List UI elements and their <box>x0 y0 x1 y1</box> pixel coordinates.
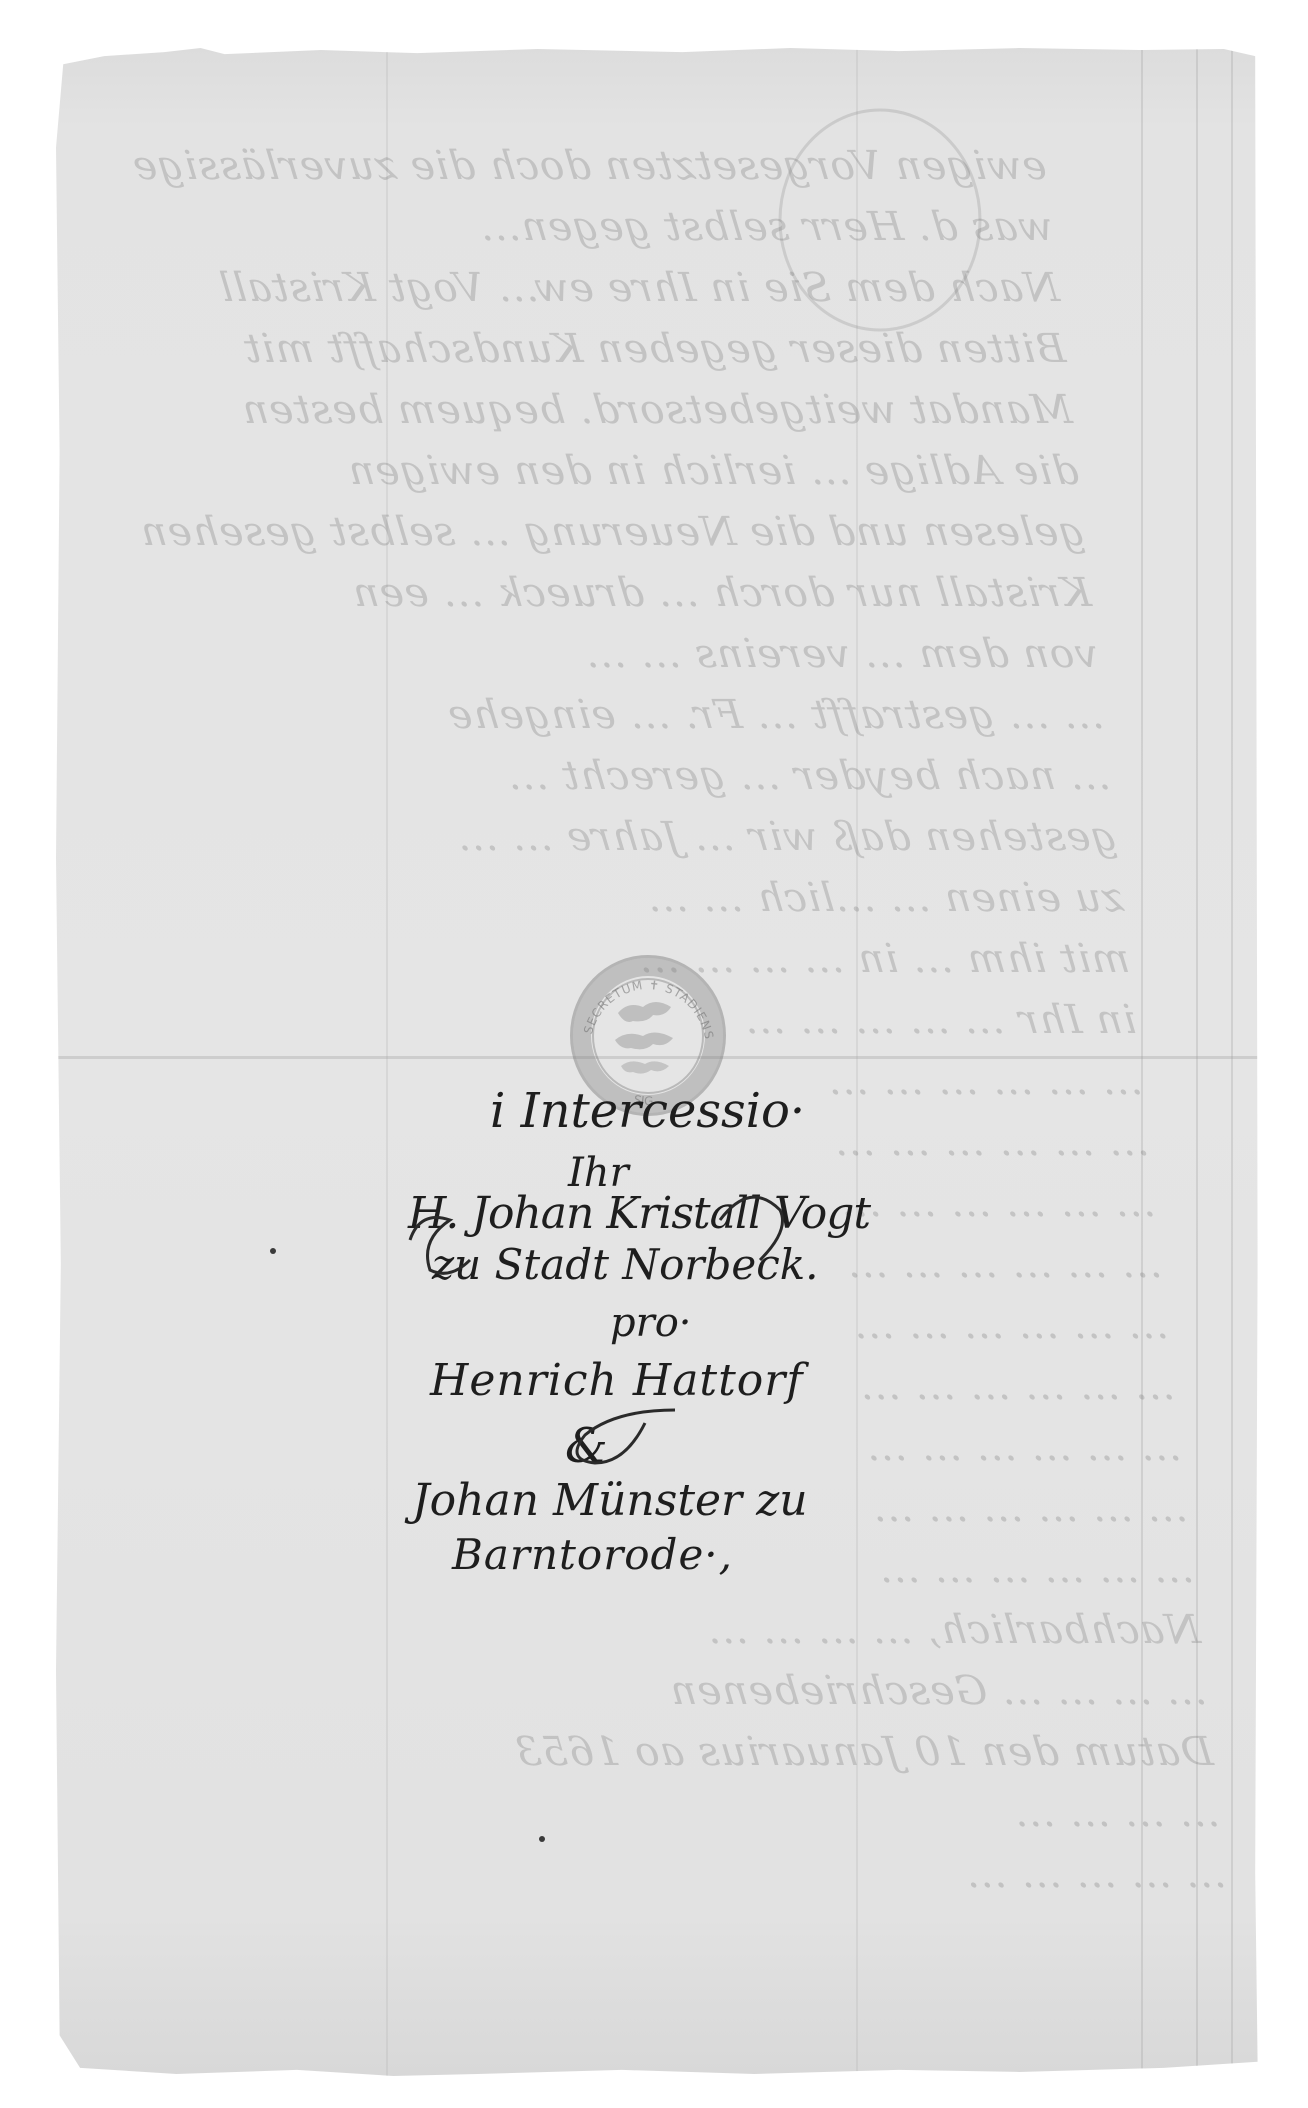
bleed-line: Datum den 10 Januarius ao 1653 <box>170 1722 1216 1783</box>
bleed-line: Mandat weitgebetsord. bequem besten <box>29 380 1075 441</box>
endorsement-line: Barntorode·, <box>452 1530 733 1579</box>
endorsement-line: pro· <box>610 1300 692 1346</box>
endorsement-line: Johan Münster zu <box>412 1475 808 1526</box>
bleed-line: von dem ... vereins ... ... <box>54 624 1100 685</box>
ink-spot <box>270 1248 276 1254</box>
svg-text:SECRETUM ✝ STADIENSIS: SECRETUM ✝ STADIENSIS <box>573 958 716 1041</box>
signature-flourish <box>400 1180 880 1300</box>
bleed-line: ... ... ... ... ... <box>183 1844 1229 1905</box>
bleed-line: Nachbarlich, ... ... ... ... <box>157 1600 1203 1661</box>
bleed-line: die Adlige ... ierlich in den ewigen <box>35 441 1081 502</box>
bleed-line: ... ... ... ... <box>176 1783 1222 1844</box>
ink-spot <box>539 1836 545 1842</box>
ampersand-flourish <box>555 1400 695 1470</box>
bleed-line: gelesen und die Neuerung ... selbst gese… <box>42 502 1088 563</box>
bleed-flourish <box>760 100 1020 340</box>
bleed-line: zu einen ... ...lich ... ... <box>80 868 1126 929</box>
bleed-line: ... ... ... ... Geschriebenen <box>163 1661 1209 1722</box>
bleed-line: gestehen daß wir ... Jahre ... ... <box>74 807 1120 868</box>
endorsement-title: i Intercessio· <box>490 1083 805 1139</box>
endorsement-line: Henrich Hattorf <box>430 1355 804 1406</box>
bleed-line: ... nach beyder ... gerecht ... <box>67 746 1113 807</box>
ruling-line <box>1231 46 1233 2076</box>
bleed-line: ... ... gestrafft ... Fr. ... eingehe <box>61 685 1107 746</box>
bleed-line: Kristall nur dorch ... drueck ... een <box>48 563 1094 624</box>
